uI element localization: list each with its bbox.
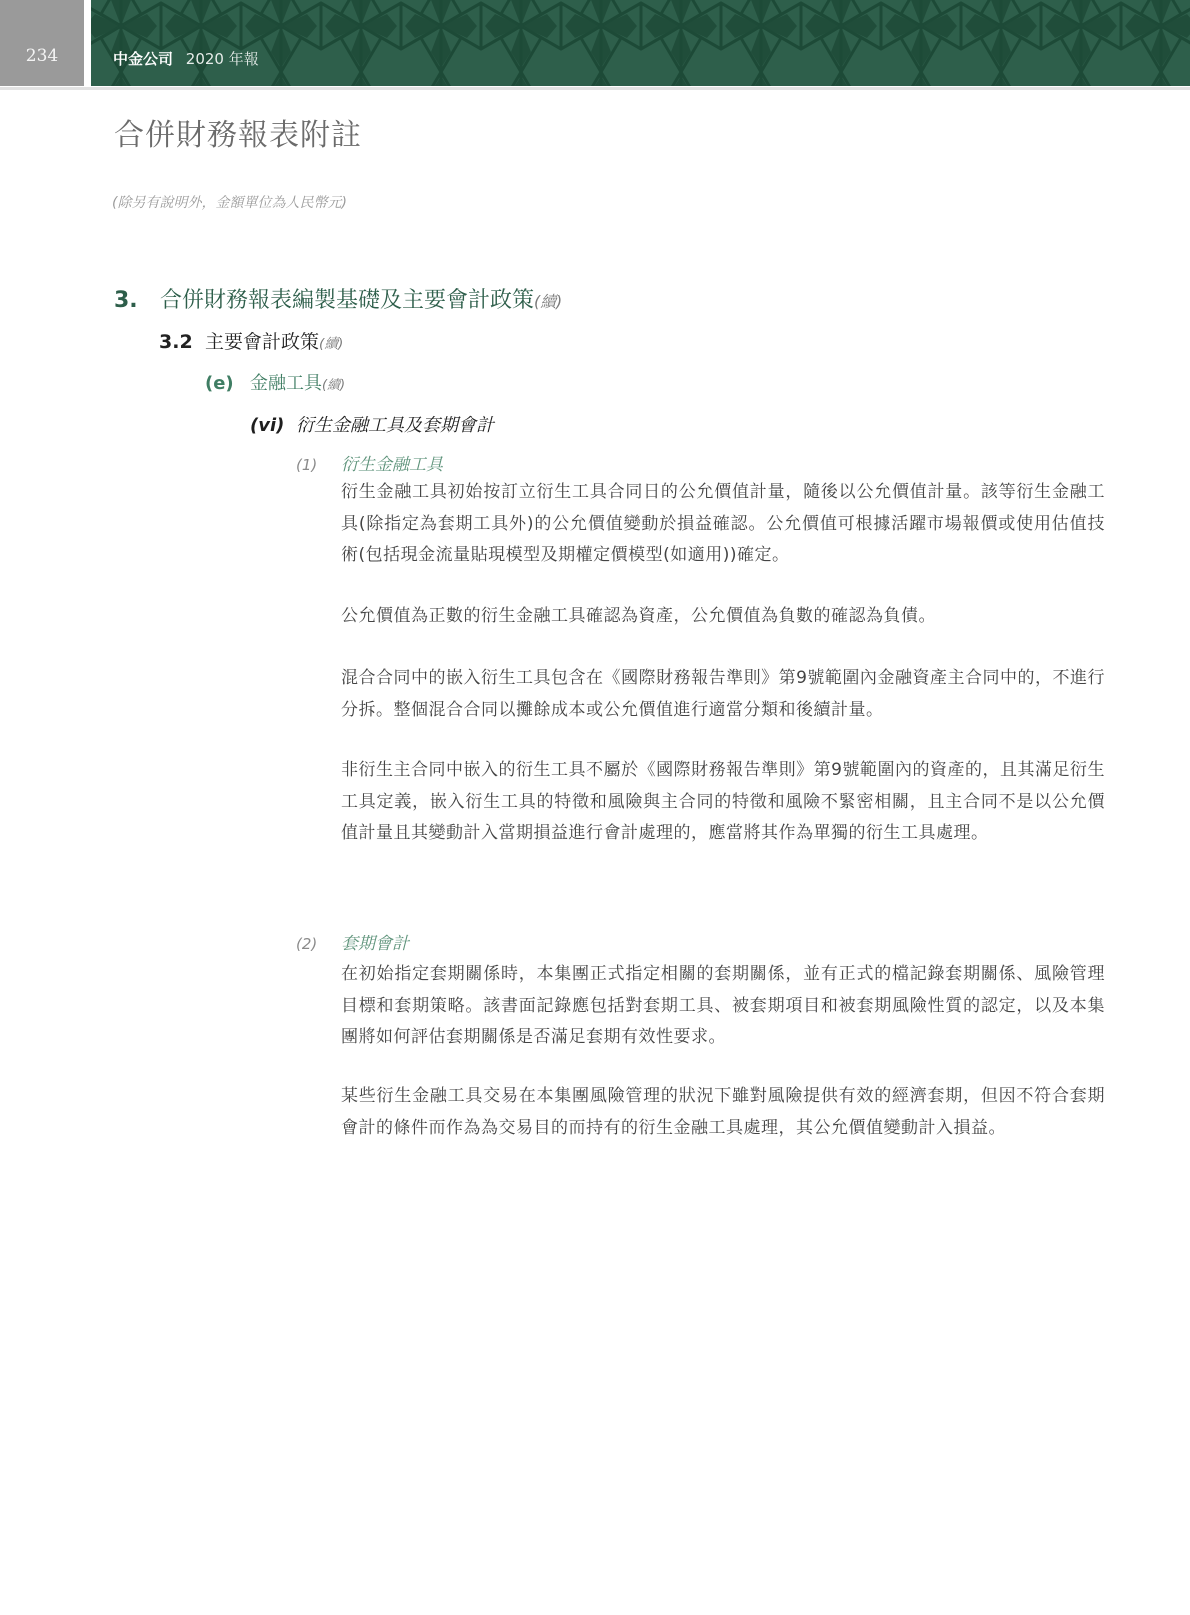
paragraph: 混合合同中的嵌入衍生工具包含在《國際財務報告準則》第9號範圍內金融資產主合同中的… — [341, 663, 1105, 726]
report-title: 中金公司 2020 年報 — [113, 48, 259, 69]
section-number: (vi) — [250, 415, 296, 436]
paragraph: 非衍生主合同中嵌入的衍生工具不屬於《國際財務報告準則》第9號範圍內的資產的，且其… — [341, 755, 1105, 850]
header-banner: 中金公司 2020 年報 — [91, 0, 1190, 86]
subsection-title: 衍生金融工具 — [341, 455, 443, 475]
header-divider — [0, 87, 1190, 90]
section-heading-e: (e)金融工具(續) — [205, 369, 345, 395]
asanoha-pattern-icon — [91, 0, 1190, 86]
subsection-title: 套期會計 — [341, 934, 409, 954]
paragraph: 在初始指定套期關係時，本集團正式指定相關的套期關係，並有正式的檔記錄套期關係、風… — [341, 959, 1105, 1054]
section-heading-3-2: 3.2主要會計政策(續) — [159, 327, 343, 354]
section-title: 金融工具 — [250, 373, 322, 394]
subsection-number: (1) — [296, 456, 341, 474]
company-name: 中金公司 — [113, 50, 173, 68]
unit-note: (除另有說明外，金額單位為人民幣元) — [112, 192, 347, 212]
continued-label: (續) — [322, 378, 345, 393]
continued-label: (續) — [534, 292, 562, 311]
page-number-box: 234 — [0, 0, 84, 86]
section-title: 主要會計政策 — [205, 331, 319, 353]
section-number: (e) — [205, 373, 250, 394]
section-number: 3.2 — [159, 331, 205, 353]
section-heading-vi: (vi)衍生金融工具及套期會計 — [250, 411, 494, 437]
section-title: 合併財務報表編製基礎及主要會計政策 — [160, 288, 534, 313]
page-number: 234 — [0, 46, 84, 66]
report-year: 2020 年報 — [186, 50, 259, 68]
section-title: 衍生金融工具及套期會計 — [296, 415, 494, 436]
paragraph: 公允價值為正數的衍生金融工具確認為資產，公允價值為負數的確認為負債。 — [341, 601, 1105, 633]
subsection-heading-1: (1)衍生金融工具 — [296, 450, 443, 475]
section-number: 3. — [114, 288, 160, 313]
paragraph: 衍生金融工具初始按訂立衍生工具合同日的公允價值計量，隨後以公允價值計量。該等衍生… — [341, 477, 1105, 572]
page-title: 合併財務報表附註 — [114, 110, 362, 154]
section-heading-3: 3.合併財務報表編製基礎及主要會計政策(續) — [114, 283, 562, 314]
subsection-number: (2) — [296, 935, 341, 953]
continued-label: (續) — [319, 336, 343, 352]
subsection-heading-2: (2)套期會計 — [296, 929, 409, 954]
paragraph: 某些衍生金融工具交易在本集團風險管理的狀況下雖對風險提供有效的經濟套期，但因不符… — [341, 1081, 1105, 1144]
